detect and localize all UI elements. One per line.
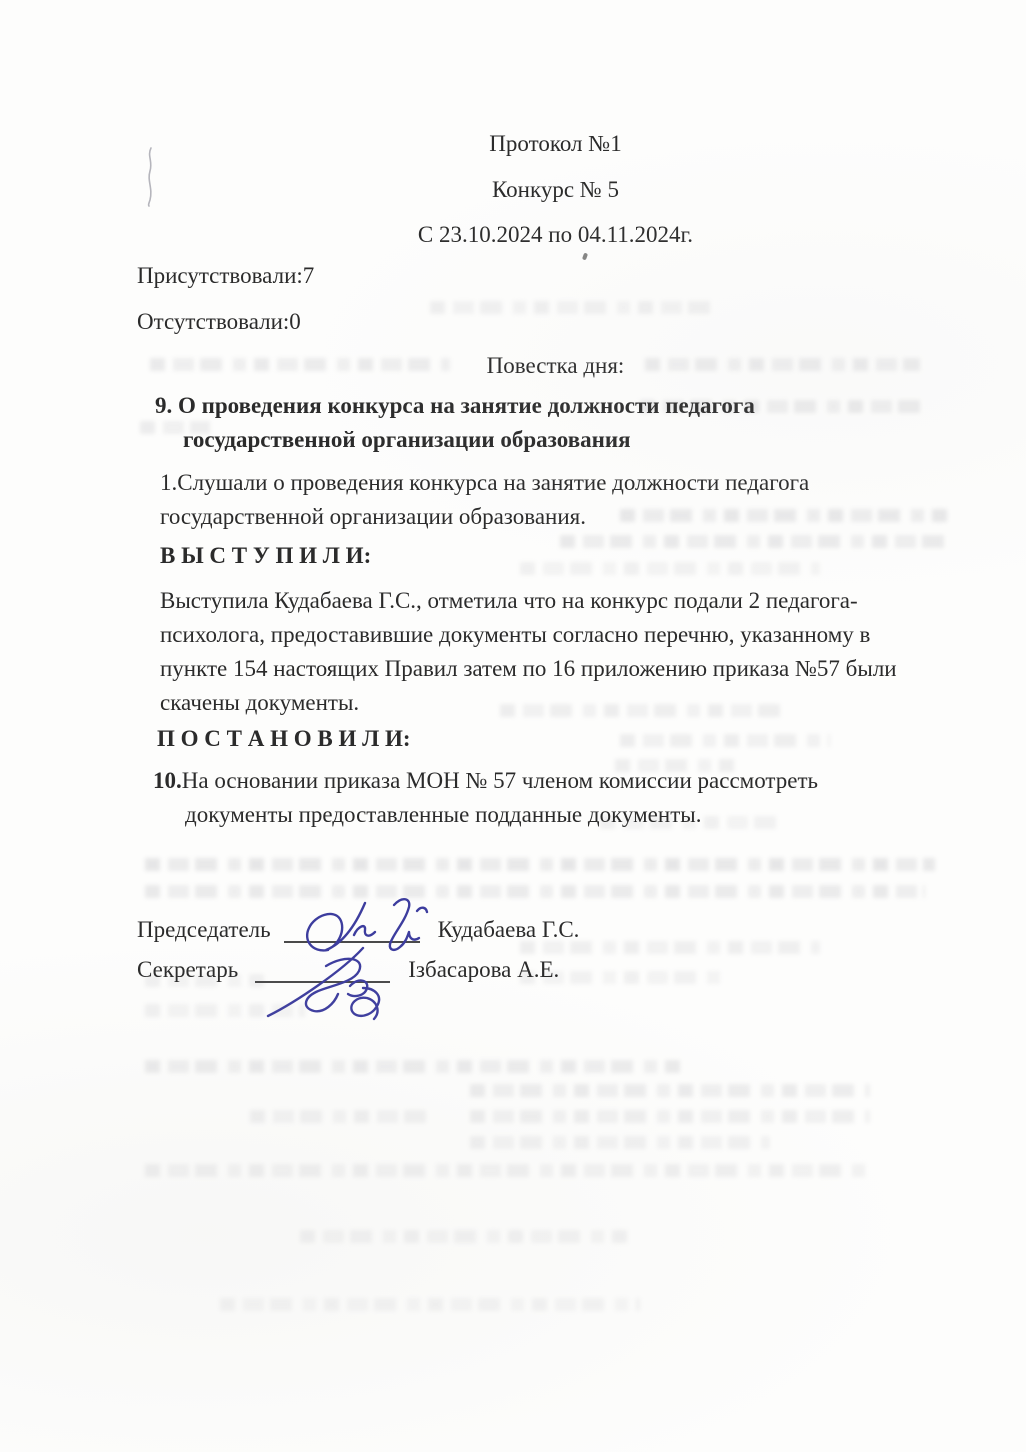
resolved-item-10: 10.На основании приказа МОН № 57 членом …	[185, 764, 930, 832]
resolved-item-text: На основании приказа МОН № 57 членом ком…	[182, 768, 818, 827]
spoke-heading: В Ы С Т У П И Л И:	[160, 539, 930, 573]
date-range: С 23.10.2024 по 04.11.2024г.	[137, 218, 930, 252]
present-count: Присутствовали:7	[137, 259, 930, 293]
bleedthrough-artifact	[470, 1136, 770, 1149]
bleedthrough-artifact	[145, 1004, 305, 1017]
chairman-signature-line	[284, 921, 420, 943]
secretary-signature-row: СекретарьІзбасарова А.Е.	[137, 953, 930, 987]
secretary-role-label: Секретарь	[137, 957, 238, 982]
bleedthrough-artifact	[470, 1084, 870, 1097]
chairman-name: Кудабаева Г.С.	[438, 917, 580, 942]
agenda-item-9: 9. О проведения конкурса на занятие долж…	[183, 389, 930, 457]
resolved-item-number: 10.	[153, 768, 182, 793]
secretary-signature-line	[255, 961, 390, 983]
secretary-name: Ізбасарова А.Е.	[408, 957, 559, 982]
protocol-document: Протокол №1 Конкурс № 5 С 23.10.2024 по …	[137, 0, 930, 987]
bleedthrough-artifact	[220, 1298, 640, 1311]
contest-title: Конкурс № 5	[137, 173, 930, 207]
bleedthrough-artifact	[145, 1164, 865, 1177]
spoke-paragraph: Выступила Кудабаева Г.С., отметила что н…	[160, 584, 930, 720]
bleedthrough-artifact	[145, 1060, 685, 1073]
chairman-role-label: Председатель	[137, 917, 271, 942]
bleedthrough-artifact	[250, 1110, 430, 1123]
resolved-heading: П О С Т А Н О В И Л И:	[157, 722, 930, 756]
agenda-heading: Повестка дня:	[137, 349, 930, 383]
absent-count: Отсутствовали:0	[137, 305, 930, 339]
heard-paragraph: 1.Слушали о проведения конкурса на занят…	[160, 466, 930, 534]
bleedthrough-artifact	[470, 1110, 870, 1123]
chairman-signature-row: ПредседательКудабаева Г.С.	[137, 913, 930, 947]
protocol-title: Протокол №1	[137, 127, 930, 161]
bleedthrough-artifact	[300, 1230, 630, 1243]
scanned-protocol-page: Протокол №1 Конкурс № 5 С 23.10.2024 по …	[0, 0, 1026, 1452]
